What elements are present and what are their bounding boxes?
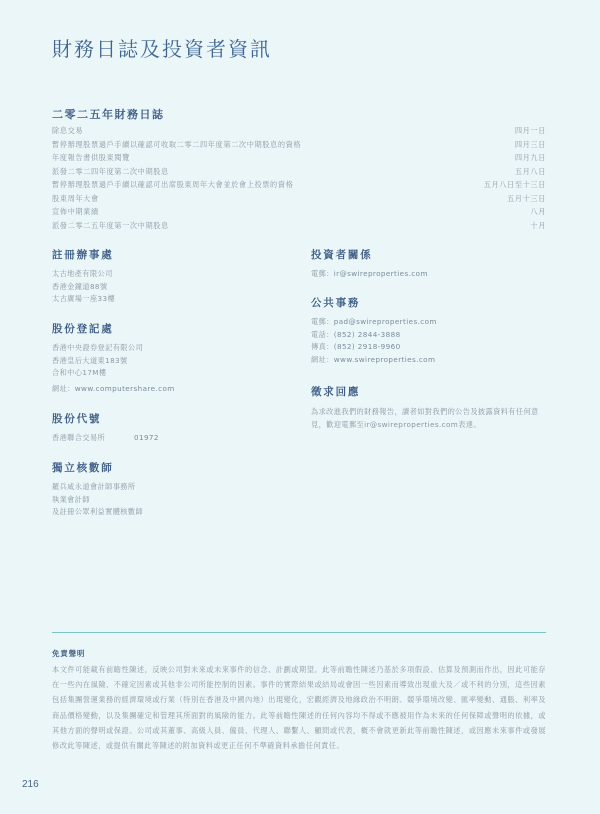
phone-line: 電話：(852) 2844-3888 [311, 329, 551, 342]
calendar-row: 股東周年大會五月十三日 [52, 192, 546, 206]
disclaimer-text: 本文件可能載有前瞻性陳述，反映公司對未來或未來事件的信念、計劃或期望。此等前瞻性… [52, 662, 546, 753]
address-line: 香港皇后大道東183號 [52, 355, 292, 368]
calendar-date: 五月十三日 [507, 192, 546, 206]
website-line: 網址：www.computershare.com [52, 383, 292, 396]
email-line: 電郵：ir@swireproperties.com [311, 268, 551, 281]
registered-office-heading: 註冊辦事處 [52, 248, 292, 262]
address-line: 太古廣場一座33樓 [52, 293, 292, 306]
feedback-text: 為求改進我們的財務報告，讀者如對我們的公告及披露資料有任何意見，歡迎電郵至ir@… [311, 405, 551, 431]
calendar-date: 四月九日 [515, 151, 546, 165]
registered-office-section: 註冊辦事處 太古地產有限公司 香港金鐘道88號 太古廣場一座33樓 [52, 248, 292, 306]
page-title: 財務日誌及投資者資訊 [52, 33, 272, 62]
page-number: 216 [22, 779, 39, 790]
calendar-date: 十月 [530, 219, 546, 233]
address-line: 合和中心17M樓 [52, 367, 292, 380]
email-link[interactable]: ir@swireproperties.com [334, 269, 428, 278]
investor-relations-heading: 投資者關係 [311, 248, 551, 262]
section-divider [52, 632, 546, 633]
calendar-date: 八月 [530, 205, 546, 219]
auditor-line: 羅兵咸永道會計師事務所 [52, 481, 292, 494]
website-label: 網址： [311, 355, 334, 364]
calendar-row: 派發二零二四年度第二次中期股息五月八日 [52, 165, 546, 179]
email-label: 電郵： [311, 317, 334, 326]
financial-calendar-title: 二零二五年財務日誌 [52, 106, 165, 122]
stock-code-section: 股份代號 香港聯合交易所 01972 [52, 412, 292, 445]
financial-calendar-list: 除息交易四月一日 暫停辦理股票過戶手續以確認可收取二零二四年度第二次中期股息的資… [52, 124, 546, 232]
feedback-section: 徵求回應 為求改進我們的財務報告，讀者如對我們的公告及披露資料有任何意見，歡迎電… [311, 385, 551, 431]
address-line: 香港中央證券登記有限公司 [52, 342, 292, 355]
calendar-event: 派發二零二五年度第一次中期股息 [52, 219, 169, 233]
share-registrar-section: 股份登記處 香港中央證券登記有限公司 香港皇后大道東183號 合和中心17M樓 … [52, 322, 292, 395]
calendar-row: 暫停辦理股票過戶手續以確認可出席股東周年大會並於會上投票的資格五月八日至十三日 [52, 178, 546, 192]
public-affairs-section: 公共事務 電郵：pad@swireproperties.com 電話：(852)… [311, 296, 551, 366]
stock-code-value: 01972 [134, 432, 159, 445]
address-line: 太古地產有限公司 [52, 268, 292, 281]
website-link[interactable]: www.computershare.com [75, 384, 175, 393]
calendar-date: 五月八日 [515, 165, 546, 179]
auditor-line: 執業會計師 [52, 494, 292, 507]
calendar-row: 暫停辦理股票過戶手續以確認可收取二零二四年度第二次中期股息的資格四月三日 [52, 138, 546, 152]
public-affairs-heading: 公共事務 [311, 296, 551, 310]
calendar-date: 五月八日至十三日 [484, 178, 546, 192]
disclaimer-heading: 免責聲明 [52, 648, 85, 659]
calendar-event: 股東周年大會 [52, 192, 99, 206]
feedback-heading: 徵求回應 [311, 385, 551, 399]
calendar-date: 四月一日 [515, 124, 546, 138]
calendar-row: 年度報告書供股東閱覽四月九日 [52, 151, 546, 165]
calendar-row: 除息交易四月一日 [52, 124, 546, 138]
calendar-date: 四月三日 [515, 138, 546, 152]
investor-relations-section: 投資者關係 電郵：ir@swireproperties.com [311, 248, 551, 281]
website-label: 網址： [52, 384, 75, 393]
calendar-event: 除息交易 [52, 124, 83, 138]
calendar-event: 派發二零二四年度第二次中期股息 [52, 165, 169, 179]
exchange-name: 香港聯合交易所 [52, 432, 134, 445]
fax-label: 傳真： [311, 342, 334, 351]
stock-code-row: 香港聯合交易所 01972 [52, 432, 292, 445]
calendar-row: 派發二零二五年度第一次中期股息十月 [52, 219, 546, 233]
calendar-row: 宣佈中期業績八月 [52, 205, 546, 219]
calendar-event: 暫停辦理股票過戶手續以確認可收取二零二四年度第二次中期股息的資格 [52, 138, 301, 152]
email-label: 電郵： [311, 269, 334, 278]
auditor-section: 獨立核數師 羅兵咸永道會計師事務所 執業會計師 及註冊公眾利益實體核數師 [52, 461, 292, 519]
email-line: 電郵：pad@swireproperties.com [311, 316, 551, 329]
email-link[interactable]: pad@swireproperties.com [334, 317, 437, 326]
calendar-event: 暫停辦理股票過戶手續以確認可出席股東周年大會並於會上投票的資格 [52, 178, 293, 192]
phone-value: (852) 2844-3888 [334, 330, 401, 339]
fax-value: (852) 2918-9960 [334, 342, 401, 351]
fax-line: 傳真：(852) 2918-9960 [311, 341, 551, 354]
address-line: 香港金鐘道88號 [52, 281, 292, 294]
share-registrar-heading: 股份登記處 [52, 322, 292, 336]
auditor-line: 及註冊公眾利益實體核數師 [52, 506, 292, 519]
phone-label: 電話： [311, 330, 334, 339]
stock-code-heading: 股份代號 [52, 412, 292, 426]
calendar-event: 年度報告書供股東閱覽 [52, 151, 130, 165]
website-line: 網址：www.swireproperties.com [311, 354, 551, 367]
website-link[interactable]: www.swireproperties.com [334, 355, 436, 364]
calendar-event: 宣佈中期業績 [52, 205, 99, 219]
auditor-heading: 獨立核數師 [52, 461, 292, 475]
